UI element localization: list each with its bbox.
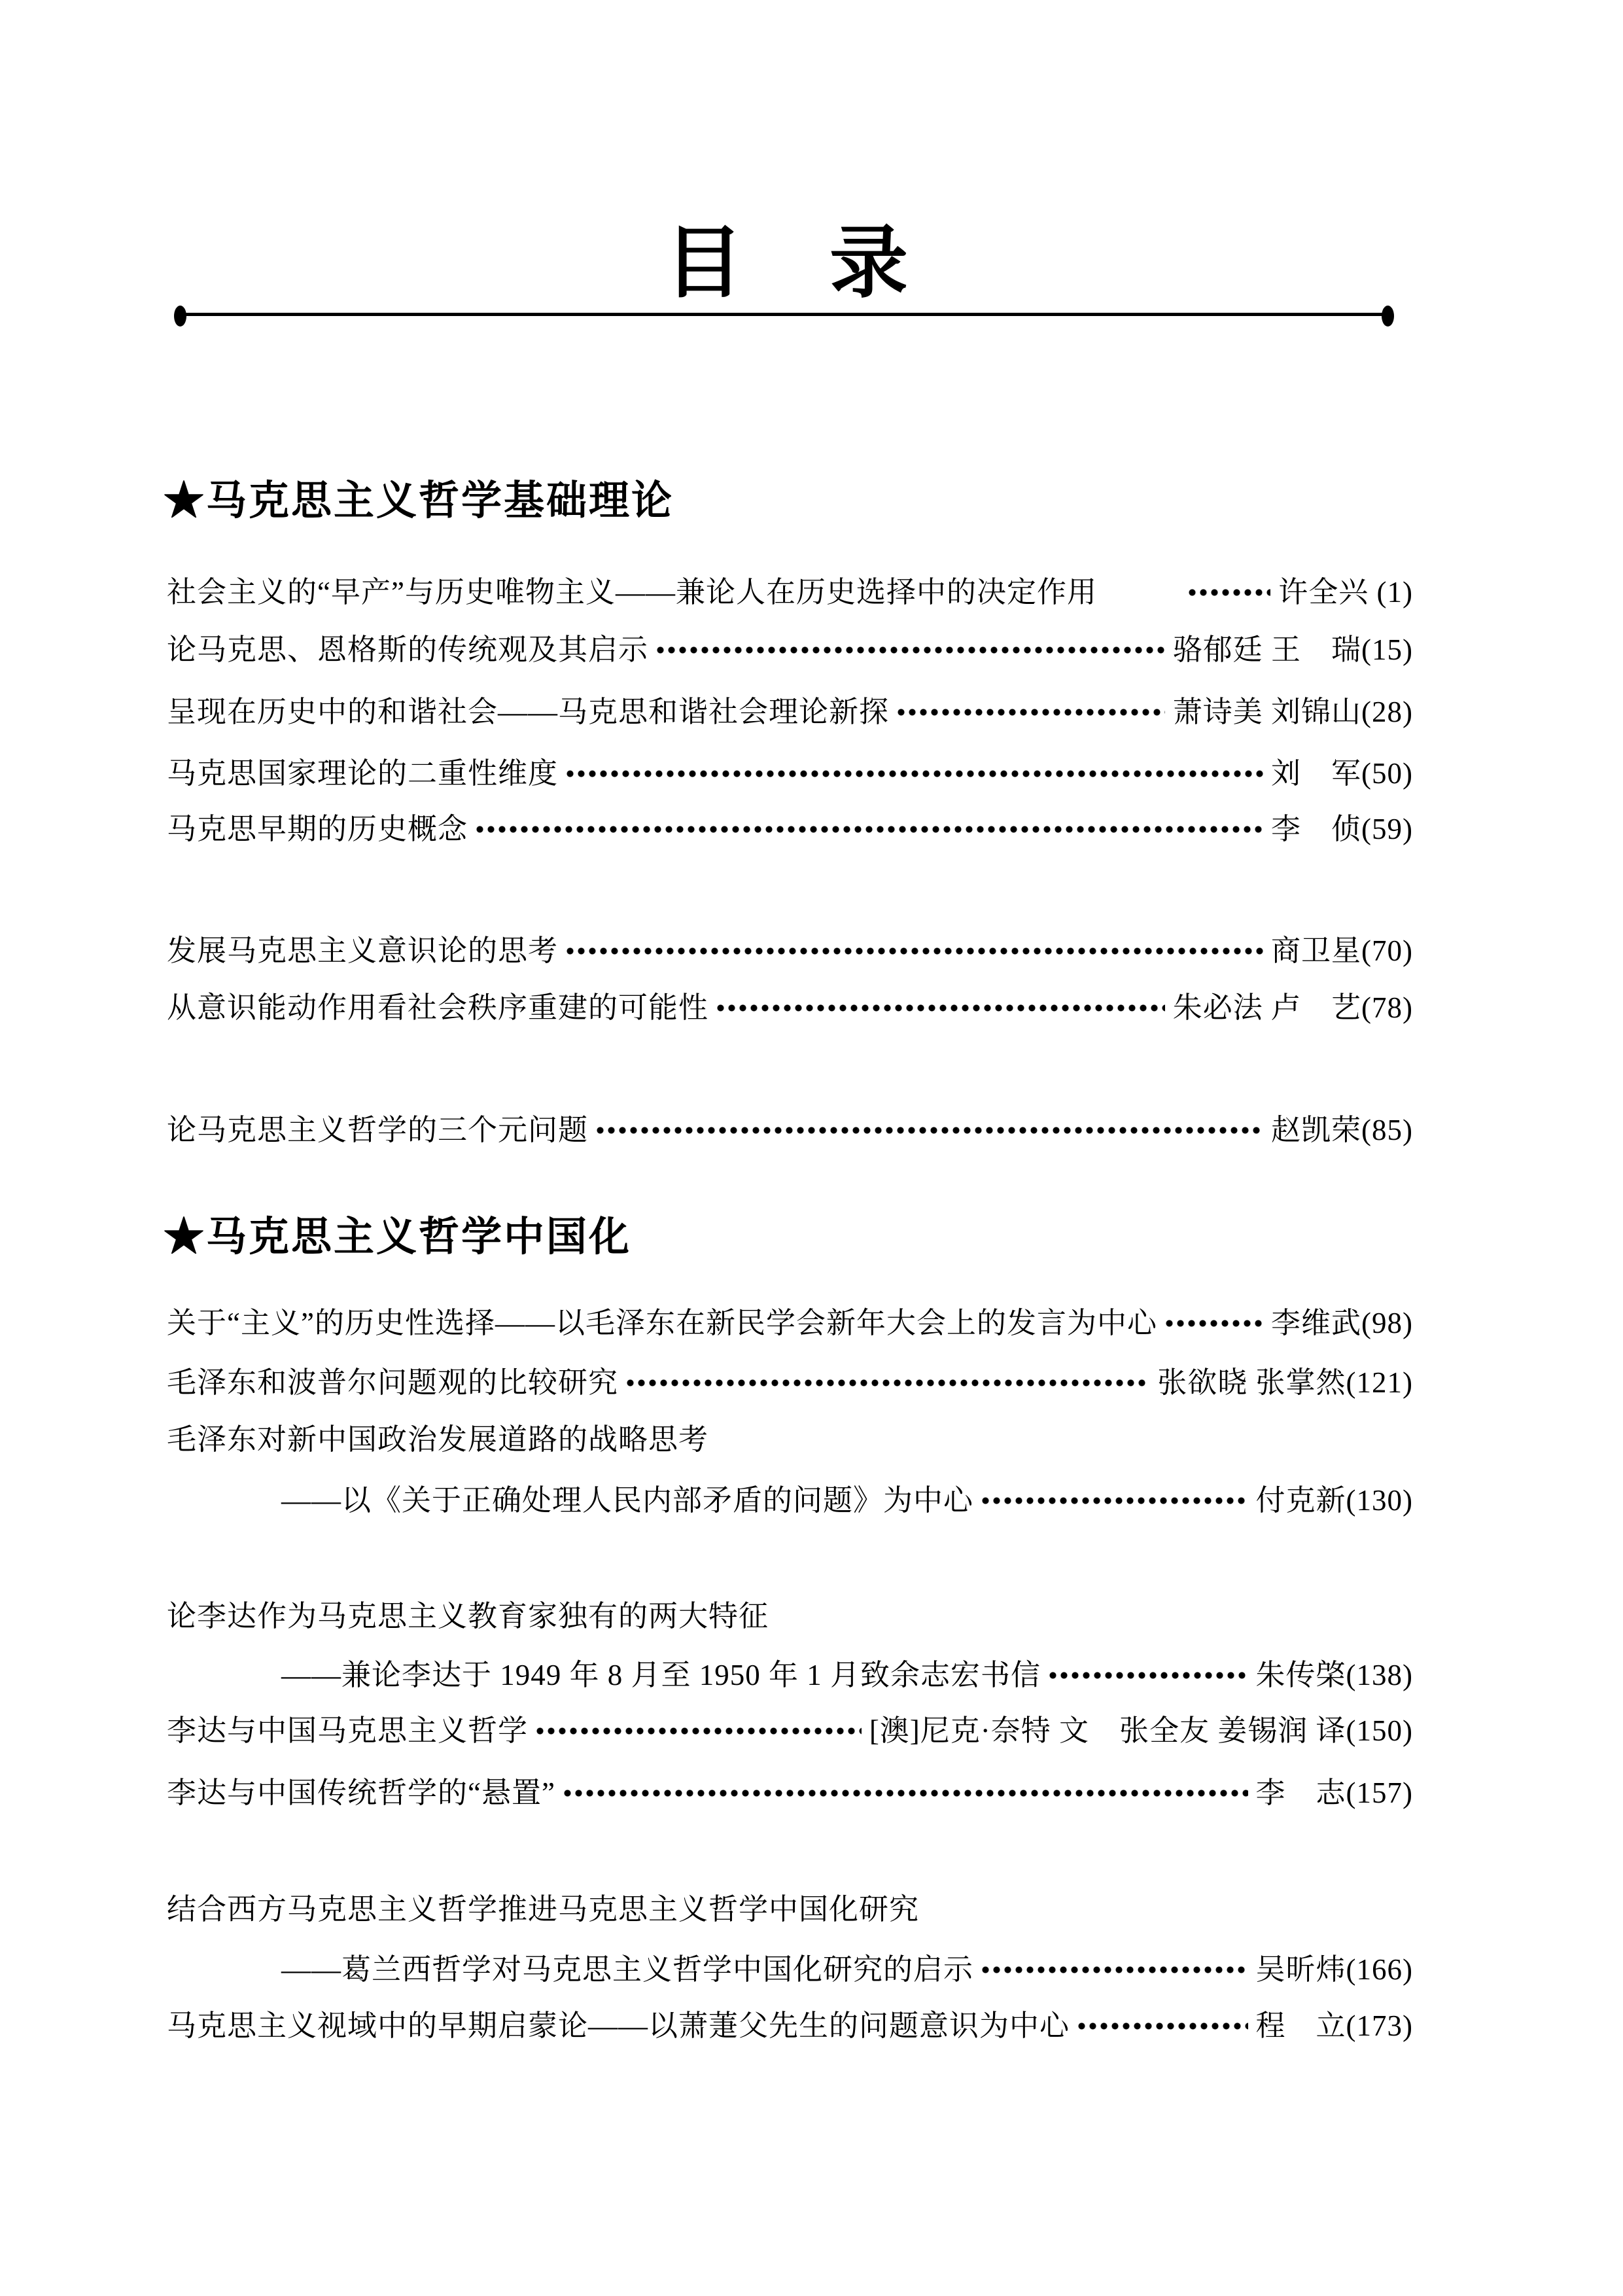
toc-entry: 毛泽东对新中国政治发展道路的战略思考 bbox=[167, 1420, 1413, 1459]
rule-dot-right bbox=[1382, 306, 1394, 327]
toc-entry: 李达与中国马克思主义哲学 [澳]尼克·奈特 文 张全友 姜锡润 译(150) bbox=[167, 1711, 1413, 1750]
toc-entry: 马克思国家理论的二重性维度 刘 军(50) bbox=[167, 754, 1413, 793]
section-heading-2: ★马克思主义哲学中国化 bbox=[164, 1213, 631, 1262]
toc-entry: 呈现在历史中的和谐社会——马克思和谐社会理论新探 萧诗美 刘锦山(28) bbox=[167, 692, 1413, 732]
toc-entry: 论马克思、恩格斯的传统观及其启示 骆郁廷 王 瑞(15) bbox=[167, 630, 1413, 669]
entry-subtitle: ——葛兰西哲学对马克思主义哲学中国化研究的启示 bbox=[281, 1950, 973, 1989]
entry-author-page: 赵凯荣(85) bbox=[1271, 1110, 1413, 1150]
toc-entry: 马克思早期的历史概念 李 侦(59) bbox=[167, 809, 1413, 849]
entry-author-page: 李 志(157) bbox=[1256, 1773, 1413, 1812]
entry-author-page: 萧诗美 刘锦山(28) bbox=[1173, 692, 1413, 732]
entry-author-page: 骆郁廷 王 瑞(15) bbox=[1173, 630, 1413, 669]
entry-subtitle: ——以《关于正确处理人民内部矛盾的问题》为中心 bbox=[281, 1481, 973, 1520]
dot-leader bbox=[1187, 578, 1270, 607]
entry-author-page: 许全兴 (1) bbox=[1278, 573, 1413, 612]
dot-leader bbox=[565, 936, 1263, 966]
rule-dot-left bbox=[174, 306, 186, 327]
entry-title: 发展马克思主义意识论的思考 bbox=[167, 931, 558, 970]
entry-title: 呈现在历史中的和谐社会——马克思和谐社会理论新探 bbox=[167, 692, 889, 732]
entry-title: 马克思主义视域中的早期启蒙论——以萧萐父先生的问题意识为中心 bbox=[167, 2006, 1070, 2045]
toc-entry: 社会主义的“早产”与历史唯物主义——兼论人在历史选择中的决定作用 许全兴 (1) bbox=[167, 573, 1413, 612]
entry-title: 社会主义的“早产”与历史唯物主义——兼论人在历史选择中的决定作用 bbox=[167, 573, 1097, 612]
toc-entry-continuation: ——以《关于正确处理人民内部矛盾的问题》为中心 付克新(130) bbox=[281, 1481, 1413, 1520]
entry-title: 论李达作为马克思主义教育家独有的两大特征 bbox=[167, 1597, 769, 1636]
dot-leader bbox=[896, 698, 1165, 727]
entry-title: 马克思国家理论的二重性维度 bbox=[167, 754, 558, 793]
entry-author-page: [澳]尼克·奈特 文 张全友 姜锡润 译(150) bbox=[869, 1711, 1413, 1750]
entry-title: 毛泽东和波普尔问题观的比较研究 bbox=[167, 1363, 618, 1402]
dot-leader bbox=[1076, 2011, 1248, 2041]
dot-leader bbox=[1047, 1661, 1248, 1690]
entry-author-page: 朱必法 卢 艺(78) bbox=[1173, 988, 1413, 1027]
entry-subtitle: ——兼论李达于 1949 年 8 月至 1950 年 1 月致余志宏书信 bbox=[281, 1655, 1041, 1695]
entry-title: 李达与中国传统哲学的“悬置” bbox=[167, 1773, 555, 1812]
toc-entry: 李达与中国传统哲学的“悬置” 李 志(157) bbox=[167, 1773, 1413, 1812]
toc-entry: 从意识能动作用看社会秩序重建的可能性 朱必法 卢 艺(78) bbox=[167, 988, 1413, 1027]
entry-author-page: 李维武(98) bbox=[1271, 1303, 1413, 1343]
dot-leader bbox=[595, 1116, 1263, 1145]
section-heading-1: ★马克思主义哲学基础理论 bbox=[164, 477, 674, 525]
dot-leader bbox=[625, 1368, 1149, 1398]
toc-entry: 论马克思主义哲学的三个元问题 赵凯荣(85) bbox=[167, 1110, 1413, 1150]
dot-leader bbox=[565, 759, 1263, 788]
entry-title: 从意识能动作用看社会秩序重建的可能性 bbox=[167, 988, 708, 1027]
toc-entry-continuation: ——兼论李达于 1949 年 8 月至 1950 年 1 月致余志宏书信 朱传棨… bbox=[281, 1655, 1413, 1695]
toc-entry: 结合西方马克思主义哲学推进马克思主义哲学中国化研究 bbox=[167, 1890, 1413, 1929]
entry-title: 马克思早期的历史概念 bbox=[167, 809, 468, 849]
entry-author-page: 程 立(173) bbox=[1256, 2006, 1413, 2045]
entry-title: 毛泽东对新中国政治发展道路的战略思考 bbox=[167, 1420, 708, 1459]
dot-leader bbox=[1164, 1309, 1263, 1338]
entry-title: 李达与中国马克思主义哲学 bbox=[167, 1711, 528, 1750]
toc-entry-continuation: ——葛兰西哲学对马克思主义哲学中国化研究的启示 吴昕炜(166) bbox=[281, 1950, 1413, 1989]
toc-entry: 毛泽东和波普尔问题观的比较研究 张欲晓 张掌然(121) bbox=[167, 1363, 1413, 1402]
entry-author-page: 张欲晓 张掌然(121) bbox=[1157, 1363, 1413, 1402]
dot-leader bbox=[715, 993, 1165, 1023]
entry-title: 论马克思主义哲学的三个元问题 bbox=[167, 1110, 588, 1150]
entry-title: 论马克思、恩格斯的传统观及其启示 bbox=[167, 630, 648, 669]
entry-title: 结合西方马克思主义哲学推进马克思主义哲学中国化研究 bbox=[167, 1890, 919, 1929]
dot-leader bbox=[980, 1955, 1248, 1985]
scanned-toc-page: 目 录 ★马克思主义哲学基础理论 社会主义的“早产”与历史唯物主义——兼论人在历… bbox=[0, 0, 1623, 2296]
toc-entry: 关于“主义”的历史性选择——以毛泽东在新民学会新年大会上的发言为中心 李维武(9… bbox=[167, 1303, 1413, 1343]
dot-leader bbox=[534, 1716, 862, 1746]
entry-title: 关于“主义”的历史性选择——以毛泽东在新民学会新年大会上的发言为中心 bbox=[167, 1303, 1157, 1343]
dot-leader bbox=[980, 1486, 1248, 1515]
toc-entry: 发展马克思主义意识论的思考 商卫星(70) bbox=[167, 931, 1413, 970]
toc-entry: 马克思主义视域中的早期启蒙论——以萧萐父先生的问题意识为中心 程 立(173) bbox=[167, 2006, 1413, 2045]
entry-author-page: 吴昕炜(166) bbox=[1256, 1950, 1413, 1989]
entry-author-page: 刘 军(50) bbox=[1271, 754, 1413, 793]
toc-title: 目 录 bbox=[0, 220, 1577, 308]
toc-entry: 论李达作为马克思主义教育家独有的两大特征 bbox=[167, 1597, 1413, 1636]
dot-leader bbox=[655, 635, 1165, 665]
entry-author-page: 朱传棨(138) bbox=[1256, 1655, 1413, 1695]
entry-author-page: 商卫星(70) bbox=[1271, 931, 1413, 970]
entry-author-page: 付克新(130) bbox=[1256, 1481, 1413, 1520]
title-rule bbox=[180, 313, 1389, 316]
dot-leader bbox=[474, 815, 1263, 844]
dot-leader bbox=[562, 1778, 1248, 1808]
entry-author-page: 李 侦(59) bbox=[1271, 809, 1413, 849]
